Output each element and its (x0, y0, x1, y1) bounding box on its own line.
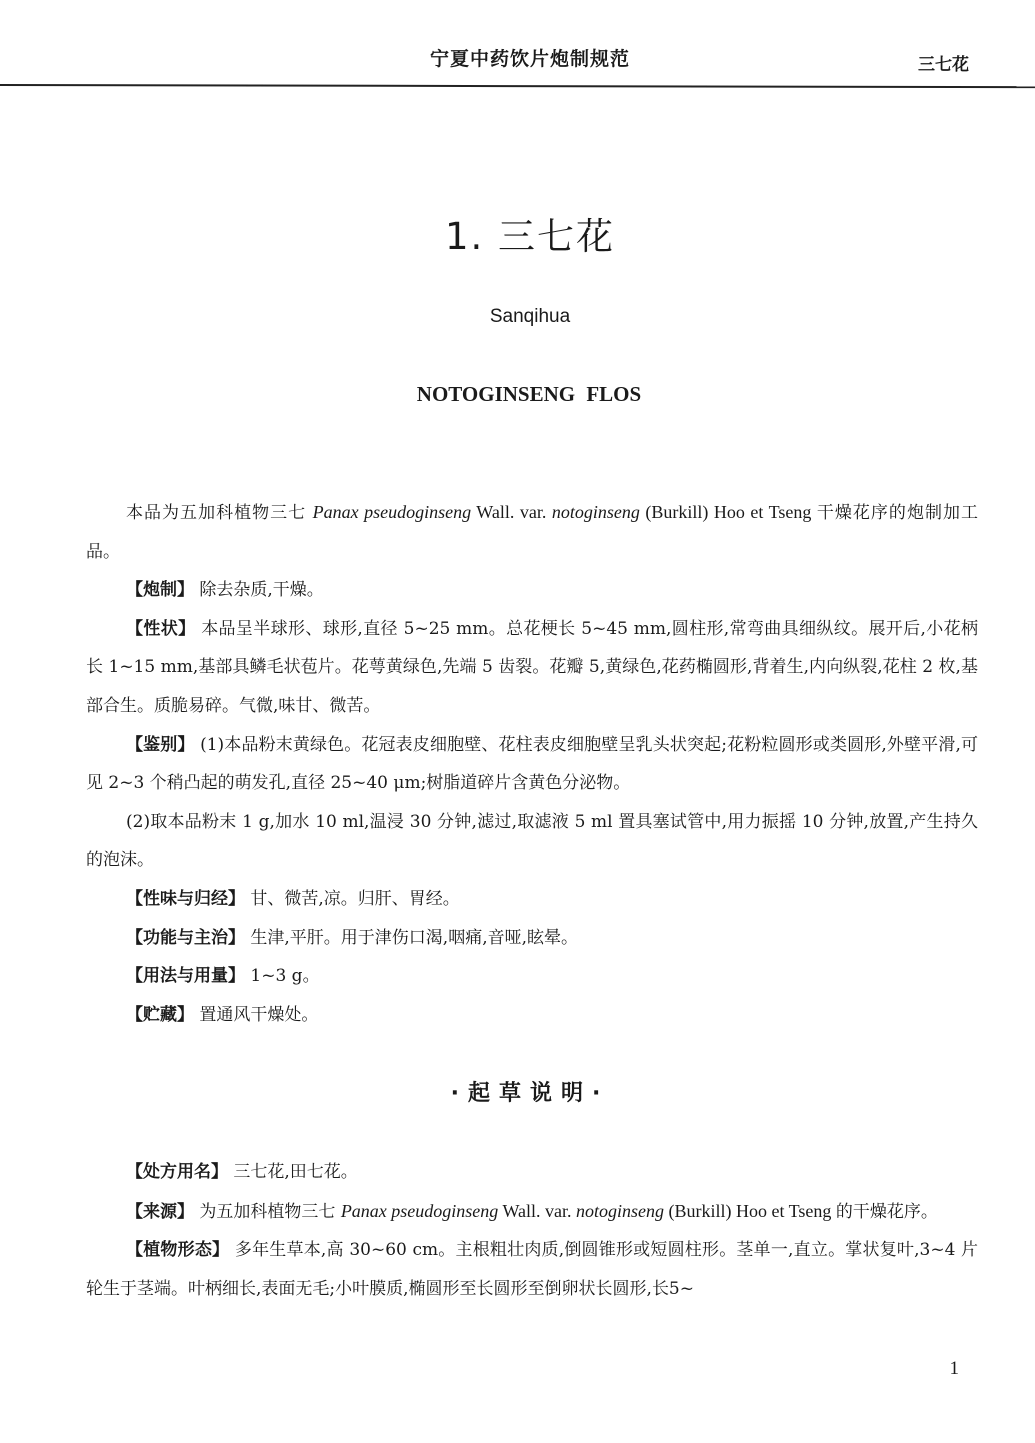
functions-paragraph: 【功能与主治】 生津,平肝。用于津伤口渴,咽痛,音哑,眩晕。 (86, 919, 978, 958)
dosage-paragraph: 【用法与用量】 1~3 g。 (86, 957, 978, 996)
running-header: 宁夏中药饮片炮制规范 三七花 (0, 0, 1035, 86)
scientific-name: Panax pseudoginseng (313, 502, 472, 522)
identification-paragraph-1: 【鉴别】 (1)本品粉末黄绿色。花冠表皮细胞壁、花柱表皮细胞壁呈乳头状突起;花粉… (86, 726, 978, 803)
intro-paragraph: 本品为五加科植物三七 Panax pseudoginseng Wall. var… (86, 493, 978, 571)
header-divider (0, 84, 1035, 88)
drafting-notes-body: 【处方用名】 三七花,田七花。 【来源】 为五加科植物三七 Panax pseu… (86, 1153, 978, 1308)
identification-text-2: (2)取本品粉末 1 g,加水 10 ml,温浸 30 分钟,滤过,取滤液 5 … (86, 812, 978, 871)
authority: (Burkill) Hoo et Tseng (664, 1201, 836, 1221)
var-text: Wall. var. (471, 502, 552, 522)
book-title: 宁夏中药饮片炮制规范 (0, 44, 1035, 71)
storage-paragraph: 【贮藏】 置通风干燥处。 (86, 996, 978, 1035)
authority: (Burkill) Hoo et Tseng (640, 502, 817, 522)
morphology-label: 【植物形态】 (126, 1240, 229, 1260)
nature-meridian-text: 甘、微苦,凉。归肝、胃经。 (245, 889, 460, 909)
storage-text: 置通风干燥处。 (194, 1005, 318, 1025)
processing-paragraph: 【炮制】 除去杂质,干燥。 (86, 571, 978, 610)
nature-meridian-label: 【性味与归经】 (126, 889, 245, 909)
drafting-notes-heading: ·起草说明· (0, 1076, 1035, 1107)
scientific-name: Panax pseudoginseng (341, 1201, 498, 1221)
description-label: 【性状】 (126, 619, 195, 639)
prescription-names-label: 【处方用名】 (126, 1162, 228, 1182)
dosage-text: 1~3 g。 (245, 966, 320, 986)
variety-name: notoginseng (576, 1201, 664, 1221)
dosage-label: 【用法与用量】 (126, 966, 245, 986)
identification-paragraph-2: (2)取本品粉末 1 g,加水 10 ml,温浸 30 分钟,滤过,取滤液 5 … (86, 803, 978, 880)
description-text: 本品呈半球形、球形,直径 5~25 mm。总花梗长 5~45 mm,圆柱形,常弯… (86, 619, 978, 716)
prescription-names-text: 三七花,田七花。 (228, 1162, 358, 1182)
storage-label: 【贮藏】 (126, 1005, 194, 1025)
latin-name: NOTOGINSENG FLOS (0, 382, 1035, 407)
processing-label: 【炮制】 (126, 580, 194, 600)
identification-label: 【鉴别】 (126, 735, 195, 755)
var-text: Wall. var. (498, 1201, 576, 1221)
processing-text: 除去杂质,干燥。 (194, 580, 324, 600)
description-paragraph: 【性状】 本品呈半球形、球形,直径 5~25 mm。总花梗长 5~45 mm,圆… (86, 610, 978, 726)
source-label: 【来源】 (126, 1202, 194, 1222)
section-name: 三七花 (918, 50, 969, 75)
morphology-paragraph: 【植物形态】 多年生草本,高 30~60 cm。主根粗壮肉质,倒圆锥形或短圆柱形… (86, 1231, 978, 1308)
page-number: 1 (950, 1358, 960, 1380)
monograph-title: 1. 三七花 (0, 206, 1035, 260)
variety-name: notoginseng (552, 502, 640, 522)
functions-label: 【功能与主治】 (126, 928, 245, 948)
source-suffix: 的干燥花序。 (836, 1202, 938, 1222)
source-paragraph: 【来源】 为五加科植物三七 Panax pseudoginseng Wall. … (86, 1192, 978, 1232)
identification-text-1: (1)本品粉末黄绿色。花冠表皮细胞壁、花柱表皮细胞壁呈乳头状突起;花粉粒圆形或类… (86, 735, 978, 794)
prescription-names-paragraph: 【处方用名】 三七花,田七花。 (86, 1153, 978, 1192)
pinyin-name: Sanqihua (0, 306, 1035, 328)
functions-text: 生津,平肝。用于津伤口渴,咽痛,音哑,眩晕。 (245, 928, 578, 948)
nature-meridian-paragraph: 【性味与归经】 甘、微苦,凉。归肝、胃经。 (86, 880, 978, 919)
intro-prefix: 本品为五加科植物三七 (126, 503, 313, 523)
monograph-body: 本品为五加科植物三七 Panax pseudoginseng Wall. var… (86, 493, 978, 1034)
source-prefix: 为五加科植物三七 (194, 1202, 341, 1222)
